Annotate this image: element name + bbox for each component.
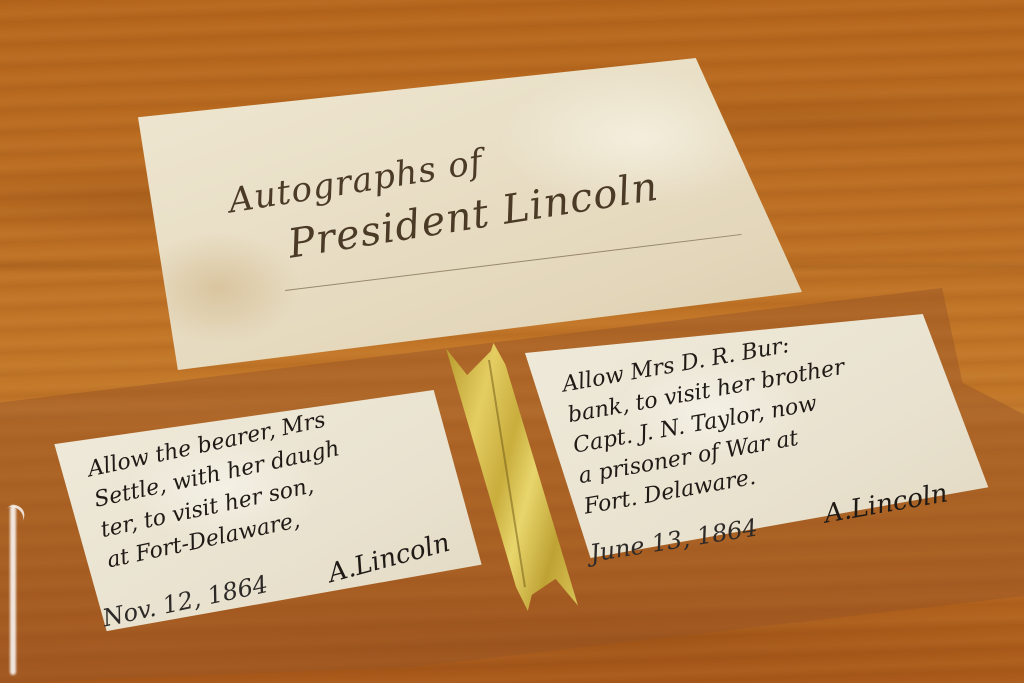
sleeve-glare xyxy=(10,505,16,675)
